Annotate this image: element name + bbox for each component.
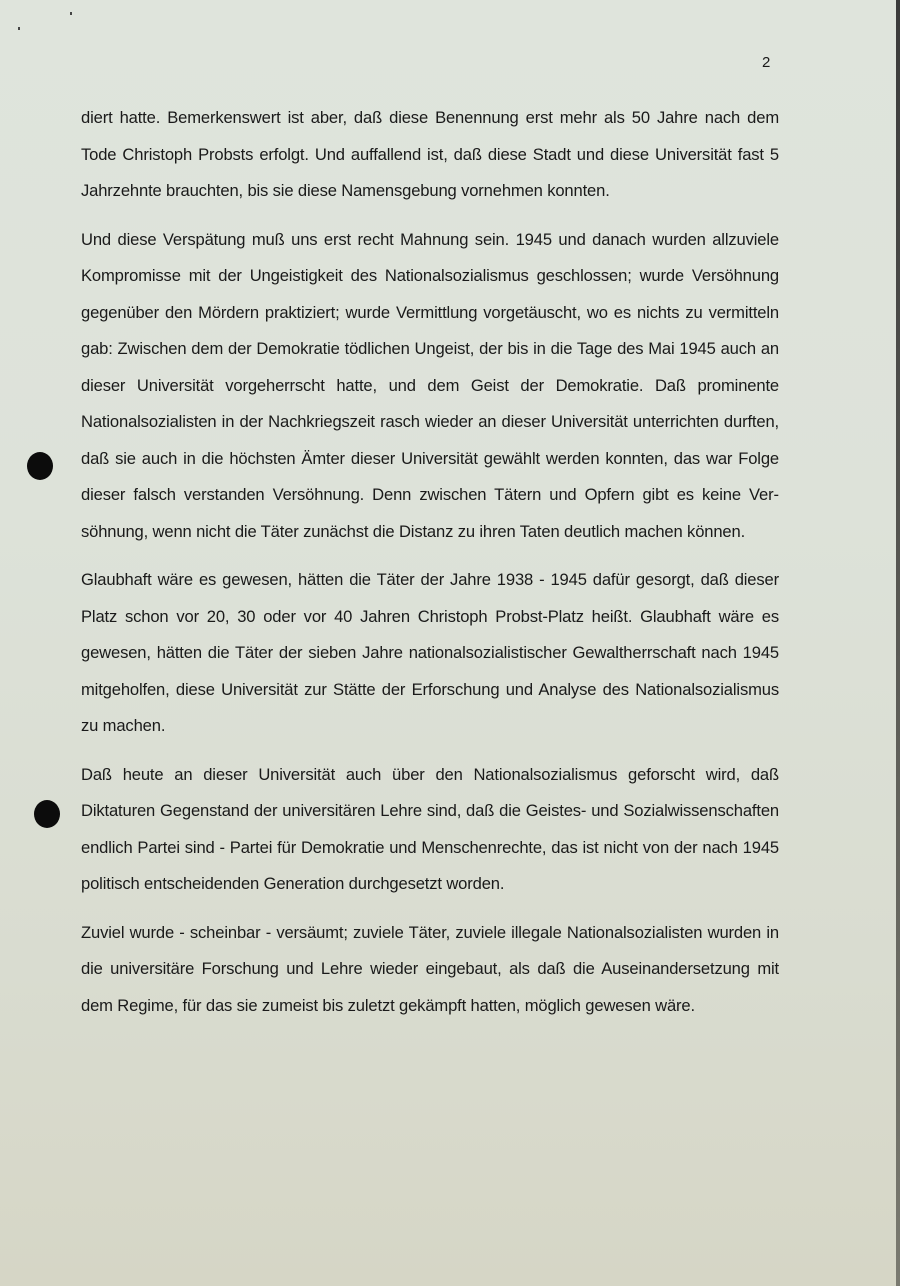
paragraph-1: diert hatte. Bemerkenswert ist aber, daß… (81, 100, 779, 210)
page-number: 2 (762, 54, 770, 71)
scan-edge (896, 0, 900, 1286)
document-body: diert hatte. Bemerkenswert ist aber, daß… (81, 100, 779, 1036)
punch-hole-top (27, 452, 53, 480)
scan-speck (18, 27, 20, 30)
paragraph-4: Daß heute an dieser Universität auch übe… (81, 757, 779, 903)
paragraph-5: Zuviel wurde - scheinbar - versäumt; zuv… (81, 915, 779, 1025)
paragraph-3: Glaubhaft wäre es gewesen, hätten die Tä… (81, 562, 779, 745)
scan-speck (70, 12, 72, 15)
punch-hole-bottom (34, 800, 60, 828)
paragraph-2: Und diese Verspätung muß uns erst recht … (81, 222, 779, 551)
